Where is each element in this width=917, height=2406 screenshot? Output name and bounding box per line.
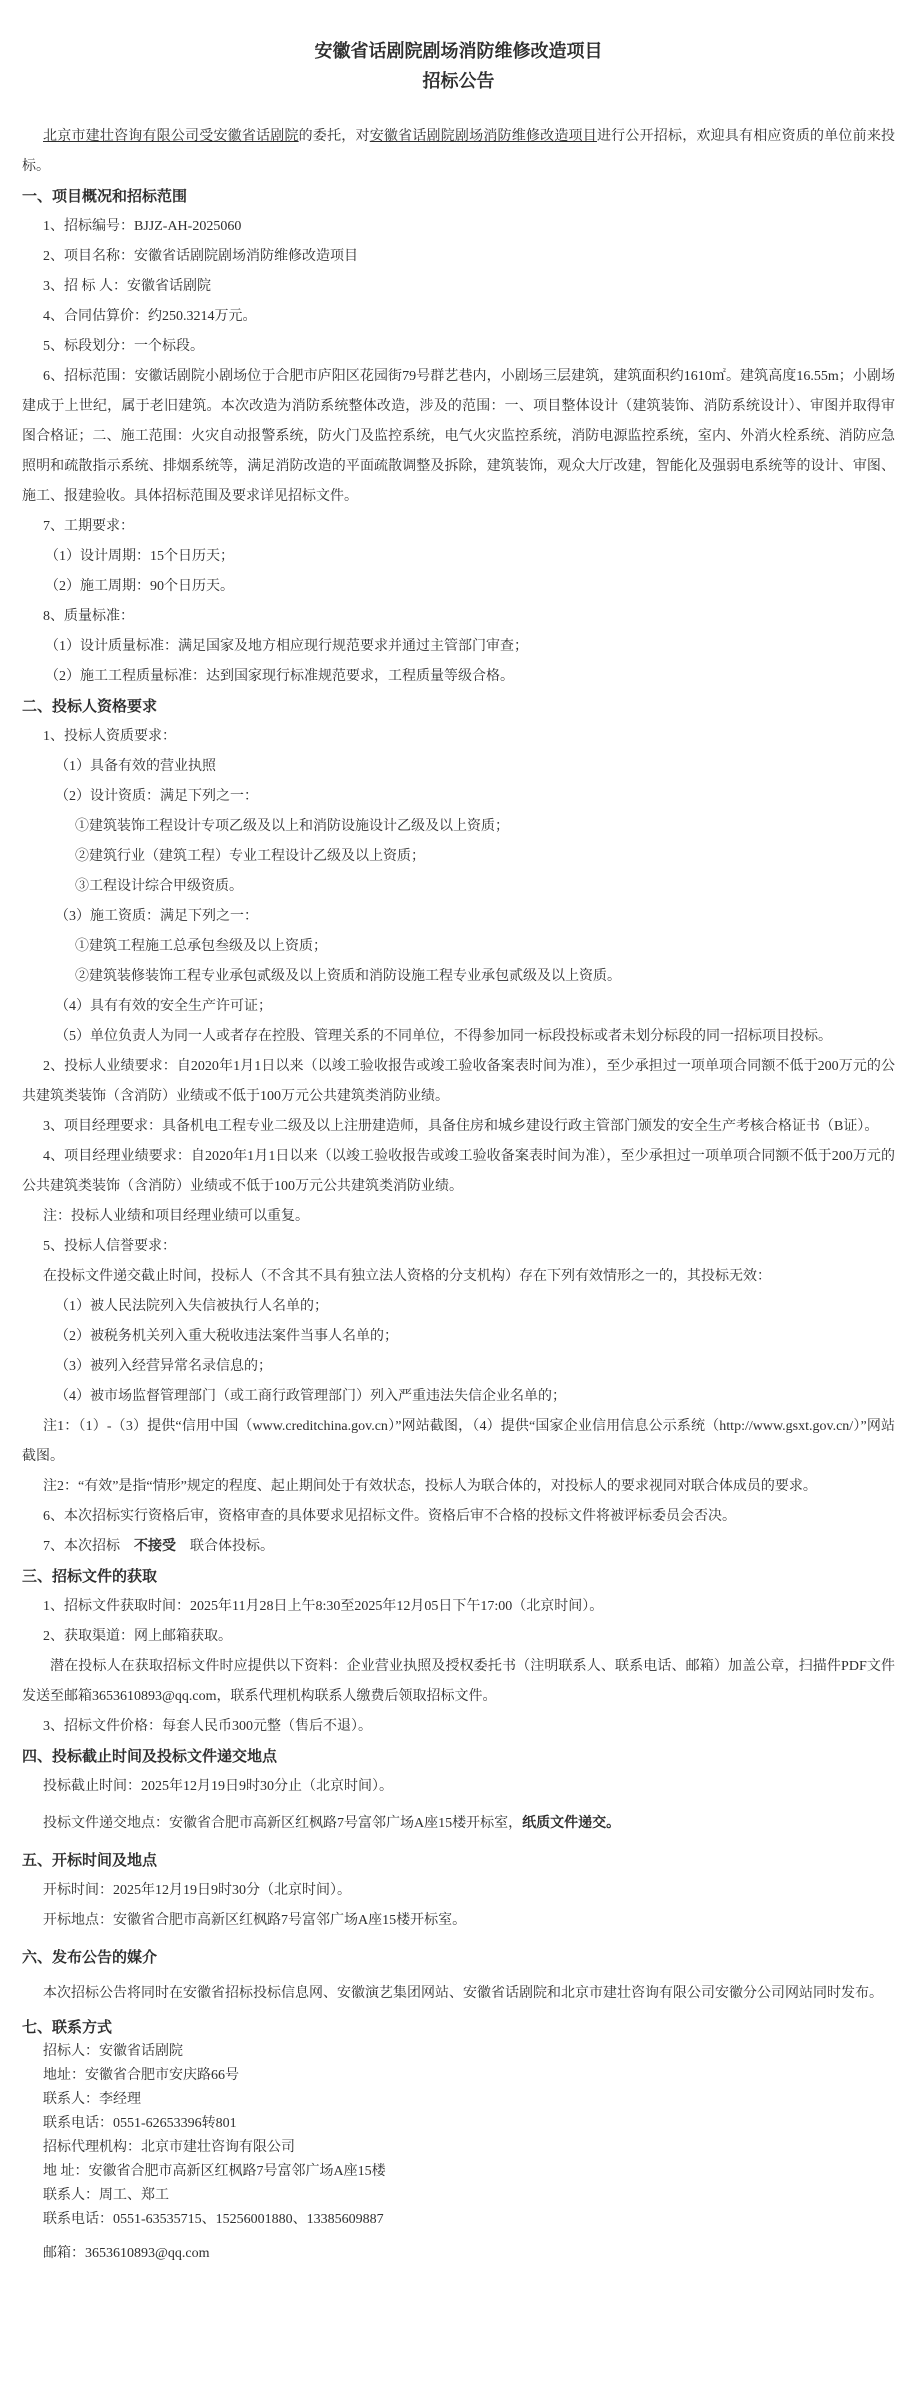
- line-business-license: （1）具备有效的营业执照: [22, 752, 895, 782]
- line-agency-address: 地 址：安徽省合肥市高新区红枫路7号富邻广场A座15楼: [22, 2160, 895, 2184]
- line-agency-contact-person: 联系人：周工、郑工: [22, 2184, 895, 2208]
- line-construction-period: （2）施工周期：90个日历天。: [22, 572, 895, 602]
- section-heading-3: 三、招标文件的获取: [22, 1562, 895, 1592]
- section-project-overview: 一、项目概况和招标范围 1、招标编号：BJJZ-AH-2025060 2、项目名…: [22, 182, 895, 692]
- section-document-acquisition: 三、招标文件的获取 1、招标文件获取时间：2025年11月28日上午8:30至2…: [22, 1562, 895, 1742]
- line-schedule-requirement: 7、工期要求：: [22, 512, 895, 542]
- line-estimated-price: 4、合同估算价：约250.3214万元。: [22, 302, 895, 332]
- line-credit-case-4: （4）被市场监督管理部门（或工商行政管理部门）列入严重违法失信企业名单的；: [22, 1382, 895, 1412]
- line-submission-place: 投标文件递交地点：安徽省合肥市高新区红枫路7号富邻广场A座15楼开标室，纸质文件…: [22, 1809, 895, 1839]
- line-credit-case-1: （1）被人民法院列入失信被执行人名单的；: [22, 1292, 895, 1322]
- section-heading-4: 四、投标截止时间及投标文件递交地点: [22, 1742, 895, 1772]
- line-acquisition-materials: 潜在投标人在获取招标文件时应提供以下资料：企业营业执照及授权委托书（注明联系人、…: [22, 1652, 895, 1712]
- line-tenderee: 3、招 标 人：安徽省话剧院: [22, 272, 895, 302]
- intro-project-underlined: 安徽省话剧院剧场消防维修改造项目: [370, 129, 597, 144]
- tender-announcement-document: 安徽省话剧院剧场消防维修改造项目 招标公告 北京市建壮咨询有限公司受安徽省话剧院…: [0, 0, 917, 2406]
- line-qualification-requirement: 1、投标人资质要求：: [22, 722, 895, 752]
- intro-text-1: 的委托，对: [299, 129, 370, 144]
- line-tender-scope: 6、招标范围：安徽话剧院小剧场位于合肥市庐阳区花园街79号群艺巷内，小剧场三层建…: [22, 362, 895, 512]
- line-construction-quality: （2）施工工程质量标准：达到国家现行标准规范要求，工程质量等级合格。: [22, 662, 895, 692]
- section-heading-5: 五、开标时间及地点: [22, 1846, 895, 1876]
- intro-agency-underlined: 北京市建壮咨询有限公司受安徽省话剧院: [43, 129, 299, 144]
- line-agency-phone: 联系电话：0551-63535715、15256001880、133856098…: [22, 2208, 895, 2232]
- section-announcement-media: 六、发布公告的媒介 本次招标公告将同时在安徽省招标投标信息网、安徽演艺集团网站、…: [22, 1943, 895, 2009]
- line-tenderee-phone: 联系电话：0551-62653396转801: [22, 2112, 895, 2136]
- line-design-option-2: ②建筑行业（建筑工程）专业工程设计乙级及以上资质；: [22, 842, 895, 872]
- section-heading-7: 七、联系方式: [22, 2016, 895, 2040]
- line-credit-requirement: 5、投标人信誉要求：: [22, 1232, 895, 1262]
- line-tenderee-address: 地址：安徽省合肥市安庆路66号: [22, 2064, 895, 2088]
- line-design-option-1: ①建筑装饰工程设计专项乙级及以上和消防设施设计乙级及以上资质；: [22, 812, 895, 842]
- line-agency-email: 邮箱：3653610893@qq.com: [22, 2242, 895, 2266]
- section-heading-6: 六、发布公告的媒介: [22, 1943, 895, 1973]
- document-subtitle: 招标公告: [22, 66, 895, 96]
- no-consortium-suffix: 联合体投标。: [176, 1539, 274, 1554]
- line-design-period: （1）设计周期：15个日历天；: [22, 542, 895, 572]
- intro-paragraph: 北京市建壮咨询有限公司受安徽省话剧院的委托，对安徽省话剧院剧场消防维修改造项目进…: [22, 122, 895, 182]
- line-construction-option-2: ②建筑装修装饰工程专业承包贰级及以上资质和消防设施工程专业承包贰级及以上资质。: [22, 962, 895, 992]
- line-design-option-3: ③工程设计综合甲级资质。: [22, 872, 895, 902]
- line-credit-case-2: （2）被税务机关列入重大税收违法案件当事人名单的；: [22, 1322, 895, 1352]
- line-project-manager-performance: 4、项目经理业绩要求：自2020年1月1日以来（以竣工验收报告或竣工验收备案表时…: [22, 1142, 895, 1202]
- line-opening-time: 开标时间：2025年12月19日9时30分（北京时间）。: [22, 1876, 895, 1906]
- line-agency-name: 招标代理机构：北京市建壮咨询有限公司: [22, 2136, 895, 2160]
- line-contact-tenderee: 招标人：安徽省话剧院: [22, 2040, 895, 2064]
- section-heading-1: 一、项目概况和招标范围: [22, 182, 895, 212]
- line-construction-option-1: ①建筑工程施工总承包叁级及以上资质；: [22, 932, 895, 962]
- line-bidder-performance: 2、投标人业绩要求：自2020年1月1日以来（以竣工验收报告或竣工验收备案表时间…: [22, 1052, 895, 1112]
- line-design-qualification: （2）设计资质：满足下列之一：: [22, 782, 895, 812]
- submission-place-text: 投标文件递交地点：安徽省合肥市高新区红枫路7号富邻广场A座15楼开标室，: [43, 1816, 522, 1831]
- line-lot-division: 5、标段划分：一个标段。: [22, 332, 895, 362]
- section-bid-opening: 五、开标时间及地点 开标时间：2025年12月19日9时30分（北京时间）。 开…: [22, 1846, 895, 1936]
- line-bid-deadline: 投标截止时间：2025年12月19日9时30分止（北京时间）。: [22, 1772, 895, 1802]
- line-bid-number: 1、招标编号：BJJZ-AH-2025060: [22, 212, 895, 242]
- line-acquisition-channel: 2、获取渠道：网上邮箱获取。: [22, 1622, 895, 1652]
- line-design-quality: （1）设计质量标准：满足国家及地方相应现行规范要求并通过主管部门审查；: [22, 632, 895, 662]
- line-quality-standard: 8、质量标准：: [22, 602, 895, 632]
- line-construction-qualification: （3）施工资质：满足下列之一：: [22, 902, 895, 932]
- section-contact: 七、联系方式 招标人：安徽省话剧院 地址：安徽省合肥市安庆路66号 联系人：李经…: [22, 2016, 895, 2266]
- line-same-leader-restriction: （5）单位负责人为同一人或者存在控股、管理关系的不同单位，不得参加同一标段投标或…: [22, 1022, 895, 1052]
- line-post-qualification: 6、本次招标实行资格后审，资格审查的具体要求见招标文件。资格后审不合格的投标文件…: [22, 1502, 895, 1532]
- line-acquisition-time: 1、招标文件获取时间：2025年11月28日上午8:30至2025年12月05日…: [22, 1592, 895, 1622]
- paper-submission-emphasis: 纸质文件递交。: [522, 1816, 620, 1831]
- section-heading-2: 二、投标人资格要求: [22, 692, 895, 722]
- no-consortium-prefix: 7、本次招标: [43, 1539, 134, 1554]
- line-project-name: 2、项目名称：安徽省话剧院剧场消防维修改造项目: [22, 242, 895, 272]
- section-bid-deadline: 四、投标截止时间及投标文件递交地点 投标截止时间：2025年12月19日9时30…: [22, 1742, 895, 1839]
- line-opening-place: 开标地点：安徽省合肥市高新区红枫路7号富邻广场A座15楼开标室。: [22, 1906, 895, 1936]
- line-project-manager-requirement: 3、项目经理要求：具备机电工程专业二级及以上注册建造师，具备住房和城乡建设行政主…: [22, 1112, 895, 1142]
- line-safety-license: （4）具有有效的安全生产许可证；: [22, 992, 895, 1022]
- line-performance-note: 注：投标人业绩和项目经理业绩可以重复。: [22, 1202, 895, 1232]
- line-tenderee-contact-person: 联系人：李经理: [22, 2088, 895, 2112]
- line-credit-note-1: 注1：（1）-（3）提供“信用中国（www.creditchina.gov.cn…: [22, 1412, 895, 1472]
- section-bidder-qualification: 二、投标人资格要求 1、投标人资质要求： （1）具备有效的营业执照 （2）设计资…: [22, 692, 895, 1562]
- line-credit-intro: 在投标文件递交截止时间，投标人（不含其不具有独立法人资格的分支机构）存在下列有效…: [22, 1262, 895, 1292]
- document-title: 安徽省话剧院剧场消防维修改造项目: [22, 36, 895, 66]
- line-media-list: 本次招标公告将同时在安徽省招标投标信息网、安徽演艺集团网站、安徽省话剧院和北京市…: [22, 1979, 895, 2009]
- line-document-price: 3、招标文件价格：每套人民币300元整（售后不退）。: [22, 1712, 895, 1742]
- no-consortium-emphasis: 不接受: [134, 1539, 176, 1554]
- line-credit-note-2: 注2：“有效”是指“情形”规定的程度、起止期间处于有效状态，投标人为联合体的，对…: [22, 1472, 895, 1502]
- line-credit-case-3: （3）被列入经营异常名录信息的；: [22, 1352, 895, 1382]
- line-no-consortium: 7、本次招标 不接受 联合体投标。: [22, 1532, 895, 1562]
